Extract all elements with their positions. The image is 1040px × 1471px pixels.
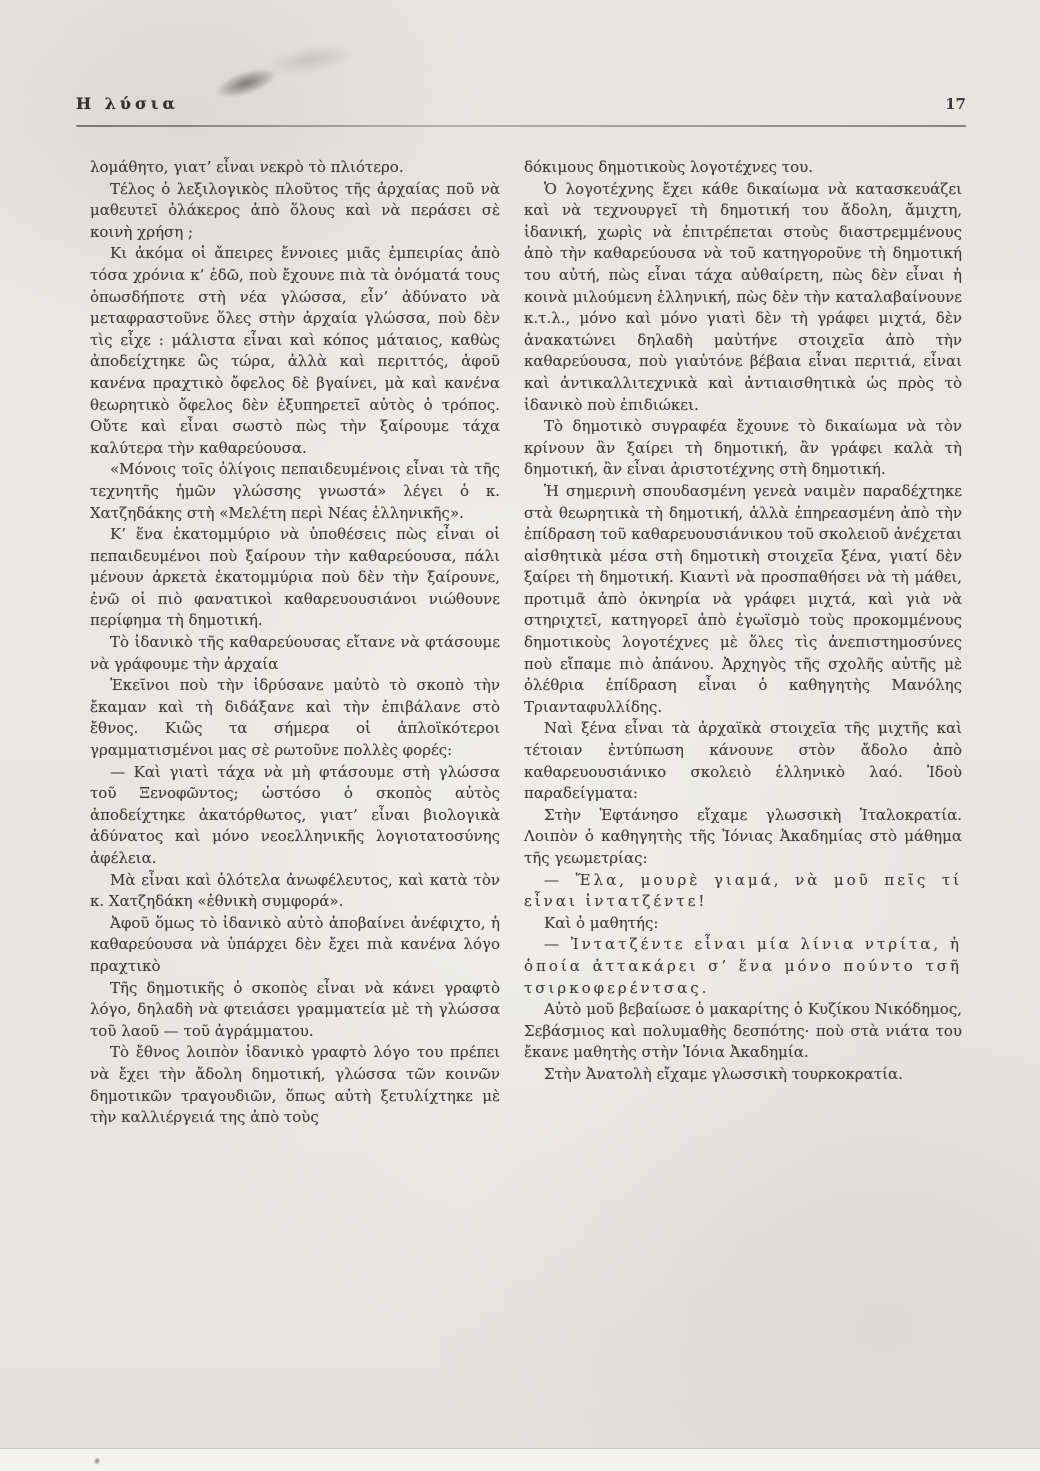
paragraph: Κι ἀκόμα οἱ ἄπειρες ἔννοιες μιᾶς ἐμπειρί…	[90, 243, 500, 459]
scanned-page: Η λύσια 17 λομάθητο, γιατ’ εἶναι νεκρὸ τ…	[0, 0, 1040, 1471]
paragraph: Στὴν Ἑφτάνησο εἴχαμε γλωσσικὴ Ἰταλοκρατί…	[524, 805, 962, 870]
left-column: λομάθητο, γιατ’ εἶναι νεκρὸ τὸ πλιότερο.…	[90, 157, 500, 1129]
paragraph: — Ἔλα, μουρὲ γιαμά, νὰ μοῦ πεῖς τί εἶναι…	[524, 870, 962, 913]
running-title: Η λύσια	[76, 94, 179, 113]
page-bottom-edge	[0, 1448, 1040, 1471]
paragraph: Μὰ εἶναι καὶ ὁλότελα ἀνωφέλευτος, καὶ κα…	[90, 870, 500, 913]
paragraph: Τὸ δημοτικὸ συγραφέα ἔχουνε τὸ δικαίωμα …	[524, 416, 962, 481]
paragraph: λομάθητο, γιατ’ εἶναι νεκρὸ τὸ πλιότερο.	[90, 157, 500, 179]
paragraph: Καὶ ὁ μαθητής:	[524, 913, 962, 935]
paragraph: Ἀφοῦ ὅμως τὸ ἰδανικὸ αὐτὸ ἀποβαίνει ἀνέφ…	[90, 913, 500, 978]
paragraph: «Μόνοις τοῖς ὀλίγοις πεπαιδευμένοις εἶνα…	[90, 459, 500, 524]
page-header: Η λύσια 17	[76, 94, 966, 113]
paragraph: Ὁ λογοτέχνης ἔχει κάθε δικαίωμα νὰ κατασ…	[524, 179, 962, 417]
paragraph: Κ’ ἕνα ἑκατομμύριο νὰ ὑποθέσεις πὼς εἶνα…	[90, 524, 500, 632]
page-number: 17	[945, 95, 966, 113]
paragraph: Στὴν Ἀνατολὴ εἴχαμε γλωσσικὴ τουρκοκρατί…	[524, 1064, 962, 1086]
text-body: λομάθητο, γιατ’ εἶναι νεκρὸ τὸ πλιότερο.…	[90, 157, 962, 1129]
paragraph: Τὸ ἰδανικὸ τῆς καθαρεύουσας εἴτανε νὰ φτ…	[90, 632, 500, 675]
paragraph: Τὸ ἔθνος λοιπὸν ἰδανικὸ γραφτὸ λόγο του …	[90, 1042, 500, 1128]
paragraph: Ναὶ ξένα εἶναι τὰ ἀρχαϊκὰ στοιχεῖα τῆς μ…	[524, 718, 962, 804]
paragraph: Τῆς δημοτικῆς ὁ σκοπὸς εἶναι νὰ κάνει γρ…	[90, 978, 500, 1043]
paragraph: Αὐτὸ μοῦ βεβαίωσε ὁ μακαρίτης ὁ Κυζίκου …	[524, 999, 962, 1064]
paragraph: Ἐκεῖνοι ποὺ τὴν ἱδρύσανε μαὐτὸ τὸ σκοπὸ …	[90, 675, 500, 761]
paragraph: — Καὶ γιατὶ τάχα νὰ μὴ φτάσουμε στὴ γλώσ…	[90, 762, 500, 870]
right-column: δόκιμους δημοτικοὺς λογοτέχνες του.Ὁ λογ…	[524, 157, 962, 1129]
paragraph: — Ἰντατζέντε εἶναι μία λίνια ντρίτα, ἡ ὁ…	[524, 934, 962, 999]
paragraph: Τέλος ὁ λεξιλογικὸς πλοῦτος τῆς ἀρχαίας …	[90, 179, 500, 244]
header-rule	[76, 125, 966, 127]
paragraph: Ἡ σημερινὴ σπουδασμένη γενεὰ ναιμὲν παρα…	[524, 481, 962, 719]
paragraph: δόκιμους δημοτικοὺς λογοτέχνες του.	[524, 157, 962, 179]
